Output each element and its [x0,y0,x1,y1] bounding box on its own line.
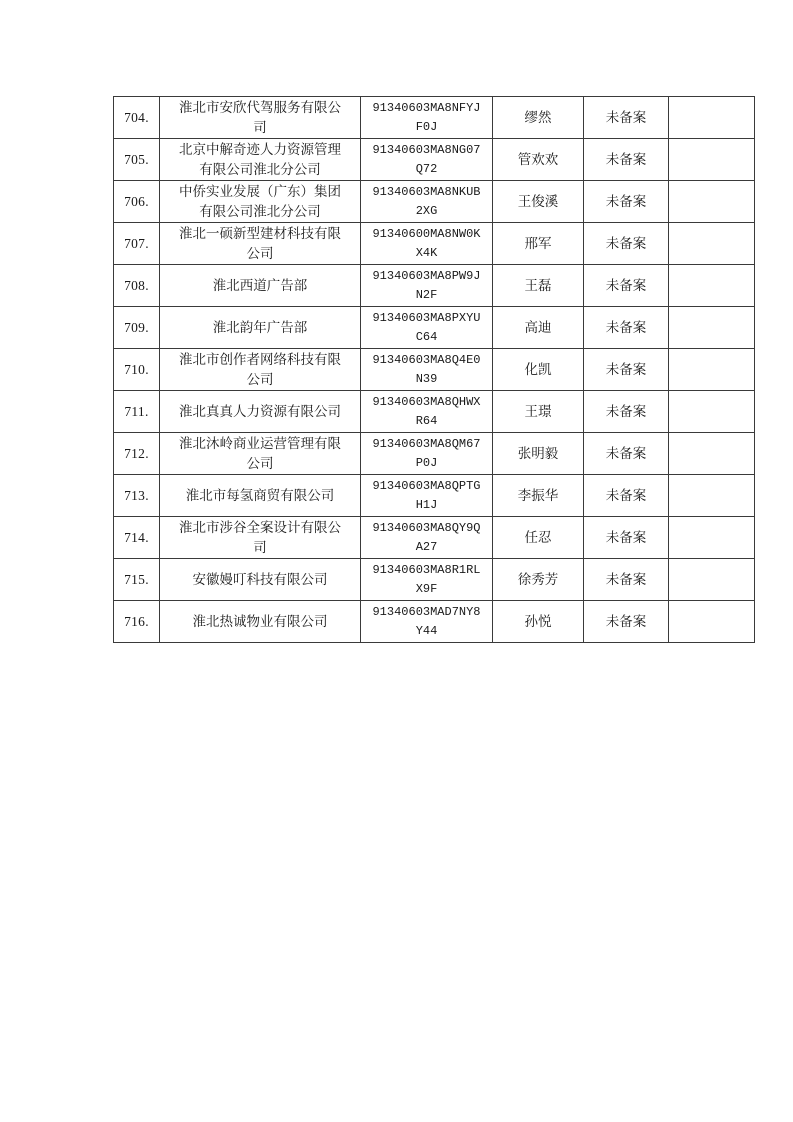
credit-code-cell: 91340603MA8NG07Q72 [361,139,493,181]
empty-cell [669,601,755,643]
credit-code-cell-text: 91340603MA8NKUB2XG [372,183,482,221]
company-name-cell-text: 中侨实业发展（广东）集团有限公司淮北分公司 [174,182,346,222]
company-name-cell-text: 淮北一硕新型建材科技有限公司 [174,224,346,264]
company-name-cell-text: 安徽嫚叮科技有限公司 [193,570,328,590]
status-cell: 未备案 [584,391,669,433]
empty-cell [669,181,755,223]
row-index-cell: 705. [114,139,160,181]
credit-code-cell-text: 91340603MA8QM67P0J [372,435,482,473]
empty-cell [669,517,755,559]
table-row: 714.淮北市涉谷全案设计有限公司91340603MA8QY9QA27任忍未备案 [114,517,755,559]
credit-code-cell-text: 91340603MA8R1RLX9F [372,561,482,599]
company-name-cell-text: 淮北西道广告部 [213,276,308,296]
credit-code-cell: 91340603MA8NKUB2XG [361,181,493,223]
empty-cell [669,97,755,139]
credit-code-cell-text: 91340603MA8QHWXR64 [372,393,482,431]
table-row: 716.淮北热诚物业有限公司91340603MAD7NY8Y44孙悦未备案 [114,601,755,643]
company-name-cell: 淮北市涉谷全案设计有限公司 [160,517,361,559]
credit-code-cell: 91340603MA8QHWXR64 [361,391,493,433]
person-name-cell: 王俊溪 [493,181,584,223]
company-name-cell-text: 淮北市创作者网络科技有限公司 [174,350,346,390]
credit-code-cell: 91340603MA8QM67P0J [361,433,493,475]
company-registry-table: 704.淮北市安欣代驾服务有限公司91340603MA8NFYJF0J缪然未备案… [113,96,755,643]
row-index-cell: 714. [114,517,160,559]
empty-cell [669,223,755,265]
person-name-cell: 王璟 [493,391,584,433]
credit-code-cell-text: 91340603MA8Q4E0N39 [372,351,482,389]
person-name-cell: 邢军 [493,223,584,265]
company-name-cell: 中侨实业发展（广东）集团有限公司淮北分公司 [160,181,361,223]
company-name-cell: 淮北市每氢商贸有限公司 [160,475,361,517]
row-index-cell: 710. [114,349,160,391]
empty-cell [669,433,755,475]
credit-code-cell-text: 91340603MAD7NY8Y44 [372,603,482,641]
person-name-cell: 管欢欢 [493,139,584,181]
empty-cell [669,391,755,433]
credit-code-cell: 91340603MA8R1RLX9F [361,559,493,601]
company-name-cell-text: 淮北沐岭商业运营管理有限公司 [174,434,346,474]
table-row: 704.淮北市安欣代驾服务有限公司91340603MA8NFYJF0J缪然未备案 [114,97,755,139]
credit-code-cell: 91340603MA8PXYUC64 [361,307,493,349]
company-name-cell: 淮北西道广告部 [160,265,361,307]
company-name-cell: 淮北一硕新型建材科技有限公司 [160,223,361,265]
person-name-cell: 缪然 [493,97,584,139]
row-index-cell: 712. [114,433,160,475]
person-name-cell: 化凯 [493,349,584,391]
company-name-cell-text: 淮北市每氢商贸有限公司 [186,486,335,506]
document-page: 704.淮北市安欣代驾服务有限公司91340603MA8NFYJF0J缪然未备案… [0,0,793,1122]
company-name-cell: 淮北韵年广告部 [160,307,361,349]
credit-code-cell-text: 91340603MA8PXYUC64 [372,309,482,347]
row-index-cell: 711. [114,391,160,433]
company-name-cell: 淮北市创作者网络科技有限公司 [160,349,361,391]
company-name-cell: 淮北热诚物业有限公司 [160,601,361,643]
table-row: 715.安徽嫚叮科技有限公司91340603MA8R1RLX9F徐秀芳未备案 [114,559,755,601]
person-name-cell: 王磊 [493,265,584,307]
table-row: 705.北京中解奇迹人力资源管理有限公司淮北分公司91340603MA8NG07… [114,139,755,181]
table-row: 713.淮北市每氢商贸有限公司91340603MA8QPTGH1J李振华未备案 [114,475,755,517]
credit-code-cell-text: 91340603MA8QPTGH1J [372,477,482,515]
table-row: 712.淮北沐岭商业运营管理有限公司91340603MA8QM67P0J张明毅未… [114,433,755,475]
credit-code-cell-text: 91340603MA8QY9QA27 [372,519,482,557]
row-index-cell: 707. [114,223,160,265]
table-row: 708.淮北西道广告部91340603MA8PW9JN2F王磊未备案 [114,265,755,307]
row-index-cell: 715. [114,559,160,601]
company-name-cell: 淮北真真人力资源有限公司 [160,391,361,433]
status-cell: 未备案 [584,349,669,391]
person-name-cell: 任忍 [493,517,584,559]
row-index-cell: 706. [114,181,160,223]
credit-code-cell: 91340603MA8PW9JN2F [361,265,493,307]
credit-code-cell-text: 91340603MA8PW9JN2F [372,267,482,305]
company-name-cell-text: 淮北真真人力资源有限公司 [179,402,341,422]
table-row: 710.淮北市创作者网络科技有限公司91340603MA8Q4E0N39化凯未备… [114,349,755,391]
company-name-cell: 安徽嫚叮科技有限公司 [160,559,361,601]
empty-cell [669,307,755,349]
row-index-cell: 716. [114,601,160,643]
credit-code-cell-text: 91340600MA8NW0KX4K [372,225,482,263]
company-name-cell: 淮北市安欣代驾服务有限公司 [160,97,361,139]
credit-code-cell: 91340603MA8QPTGH1J [361,475,493,517]
person-name-cell: 高迪 [493,307,584,349]
empty-cell [669,559,755,601]
row-index-cell: 709. [114,307,160,349]
company-name-cell: 淮北沐岭商业运营管理有限公司 [160,433,361,475]
credit-code-cell: 91340600MA8NW0KX4K [361,223,493,265]
table-row: 711.淮北真真人力资源有限公司91340603MA8QHWXR64王璟未备案 [114,391,755,433]
company-name-cell-text: 淮北热诚物业有限公司 [193,612,328,632]
company-name-cell: 北京中解奇迹人力资源管理有限公司淮北分公司 [160,139,361,181]
row-index-cell: 708. [114,265,160,307]
company-name-cell-text: 北京中解奇迹人力资源管理有限公司淮北分公司 [174,140,346,180]
credit-code-cell: 91340603MA8QY9QA27 [361,517,493,559]
company-table-body: 704.淮北市安欣代驾服务有限公司91340603MA8NFYJF0J缪然未备案… [114,97,755,643]
status-cell: 未备案 [584,517,669,559]
credit-code-cell-text: 91340603MA8NG07Q72 [372,141,482,179]
empty-cell [669,475,755,517]
credit-code-cell: 91340603MA8Q4E0N39 [361,349,493,391]
company-name-cell-text: 淮北市涉谷全案设计有限公司 [174,518,346,558]
table-row: 706.中侨实业发展（广东）集团有限公司淮北分公司91340603MA8NKUB… [114,181,755,223]
credit-code-cell-text: 91340603MA8NFYJF0J [372,99,482,137]
company-name-cell-text: 淮北韵年广告部 [213,318,308,338]
credit-code-cell: 91340603MA8NFYJF0J [361,97,493,139]
person-name-cell: 孙悦 [493,601,584,643]
status-cell: 未备案 [584,433,669,475]
company-name-cell-text: 淮北市安欣代驾服务有限公司 [174,98,346,138]
table-row: 707.淮北一硕新型建材科技有限公司91340600MA8NW0KX4K邢军未备… [114,223,755,265]
credit-code-cell: 91340603MAD7NY8Y44 [361,601,493,643]
row-index-cell: 713. [114,475,160,517]
registry-table-container: 704.淮北市安欣代驾服务有限公司91340603MA8NFYJF0J缪然未备案… [113,96,755,643]
empty-cell [669,349,755,391]
status-cell: 未备案 [584,475,669,517]
row-index-cell: 704. [114,97,160,139]
empty-cell [669,265,755,307]
status-cell: 未备案 [584,181,669,223]
person-name-cell: 徐秀芳 [493,559,584,601]
person-name-cell: 李振华 [493,475,584,517]
status-cell: 未备案 [584,265,669,307]
table-row: 709.淮北韵年广告部91340603MA8PXYUC64高迪未备案 [114,307,755,349]
status-cell: 未备案 [584,559,669,601]
status-cell: 未备案 [584,97,669,139]
person-name-cell: 张明毅 [493,433,584,475]
status-cell: 未备案 [584,601,669,643]
empty-cell [669,139,755,181]
status-cell: 未备案 [584,223,669,265]
status-cell: 未备案 [584,139,669,181]
status-cell: 未备案 [584,307,669,349]
